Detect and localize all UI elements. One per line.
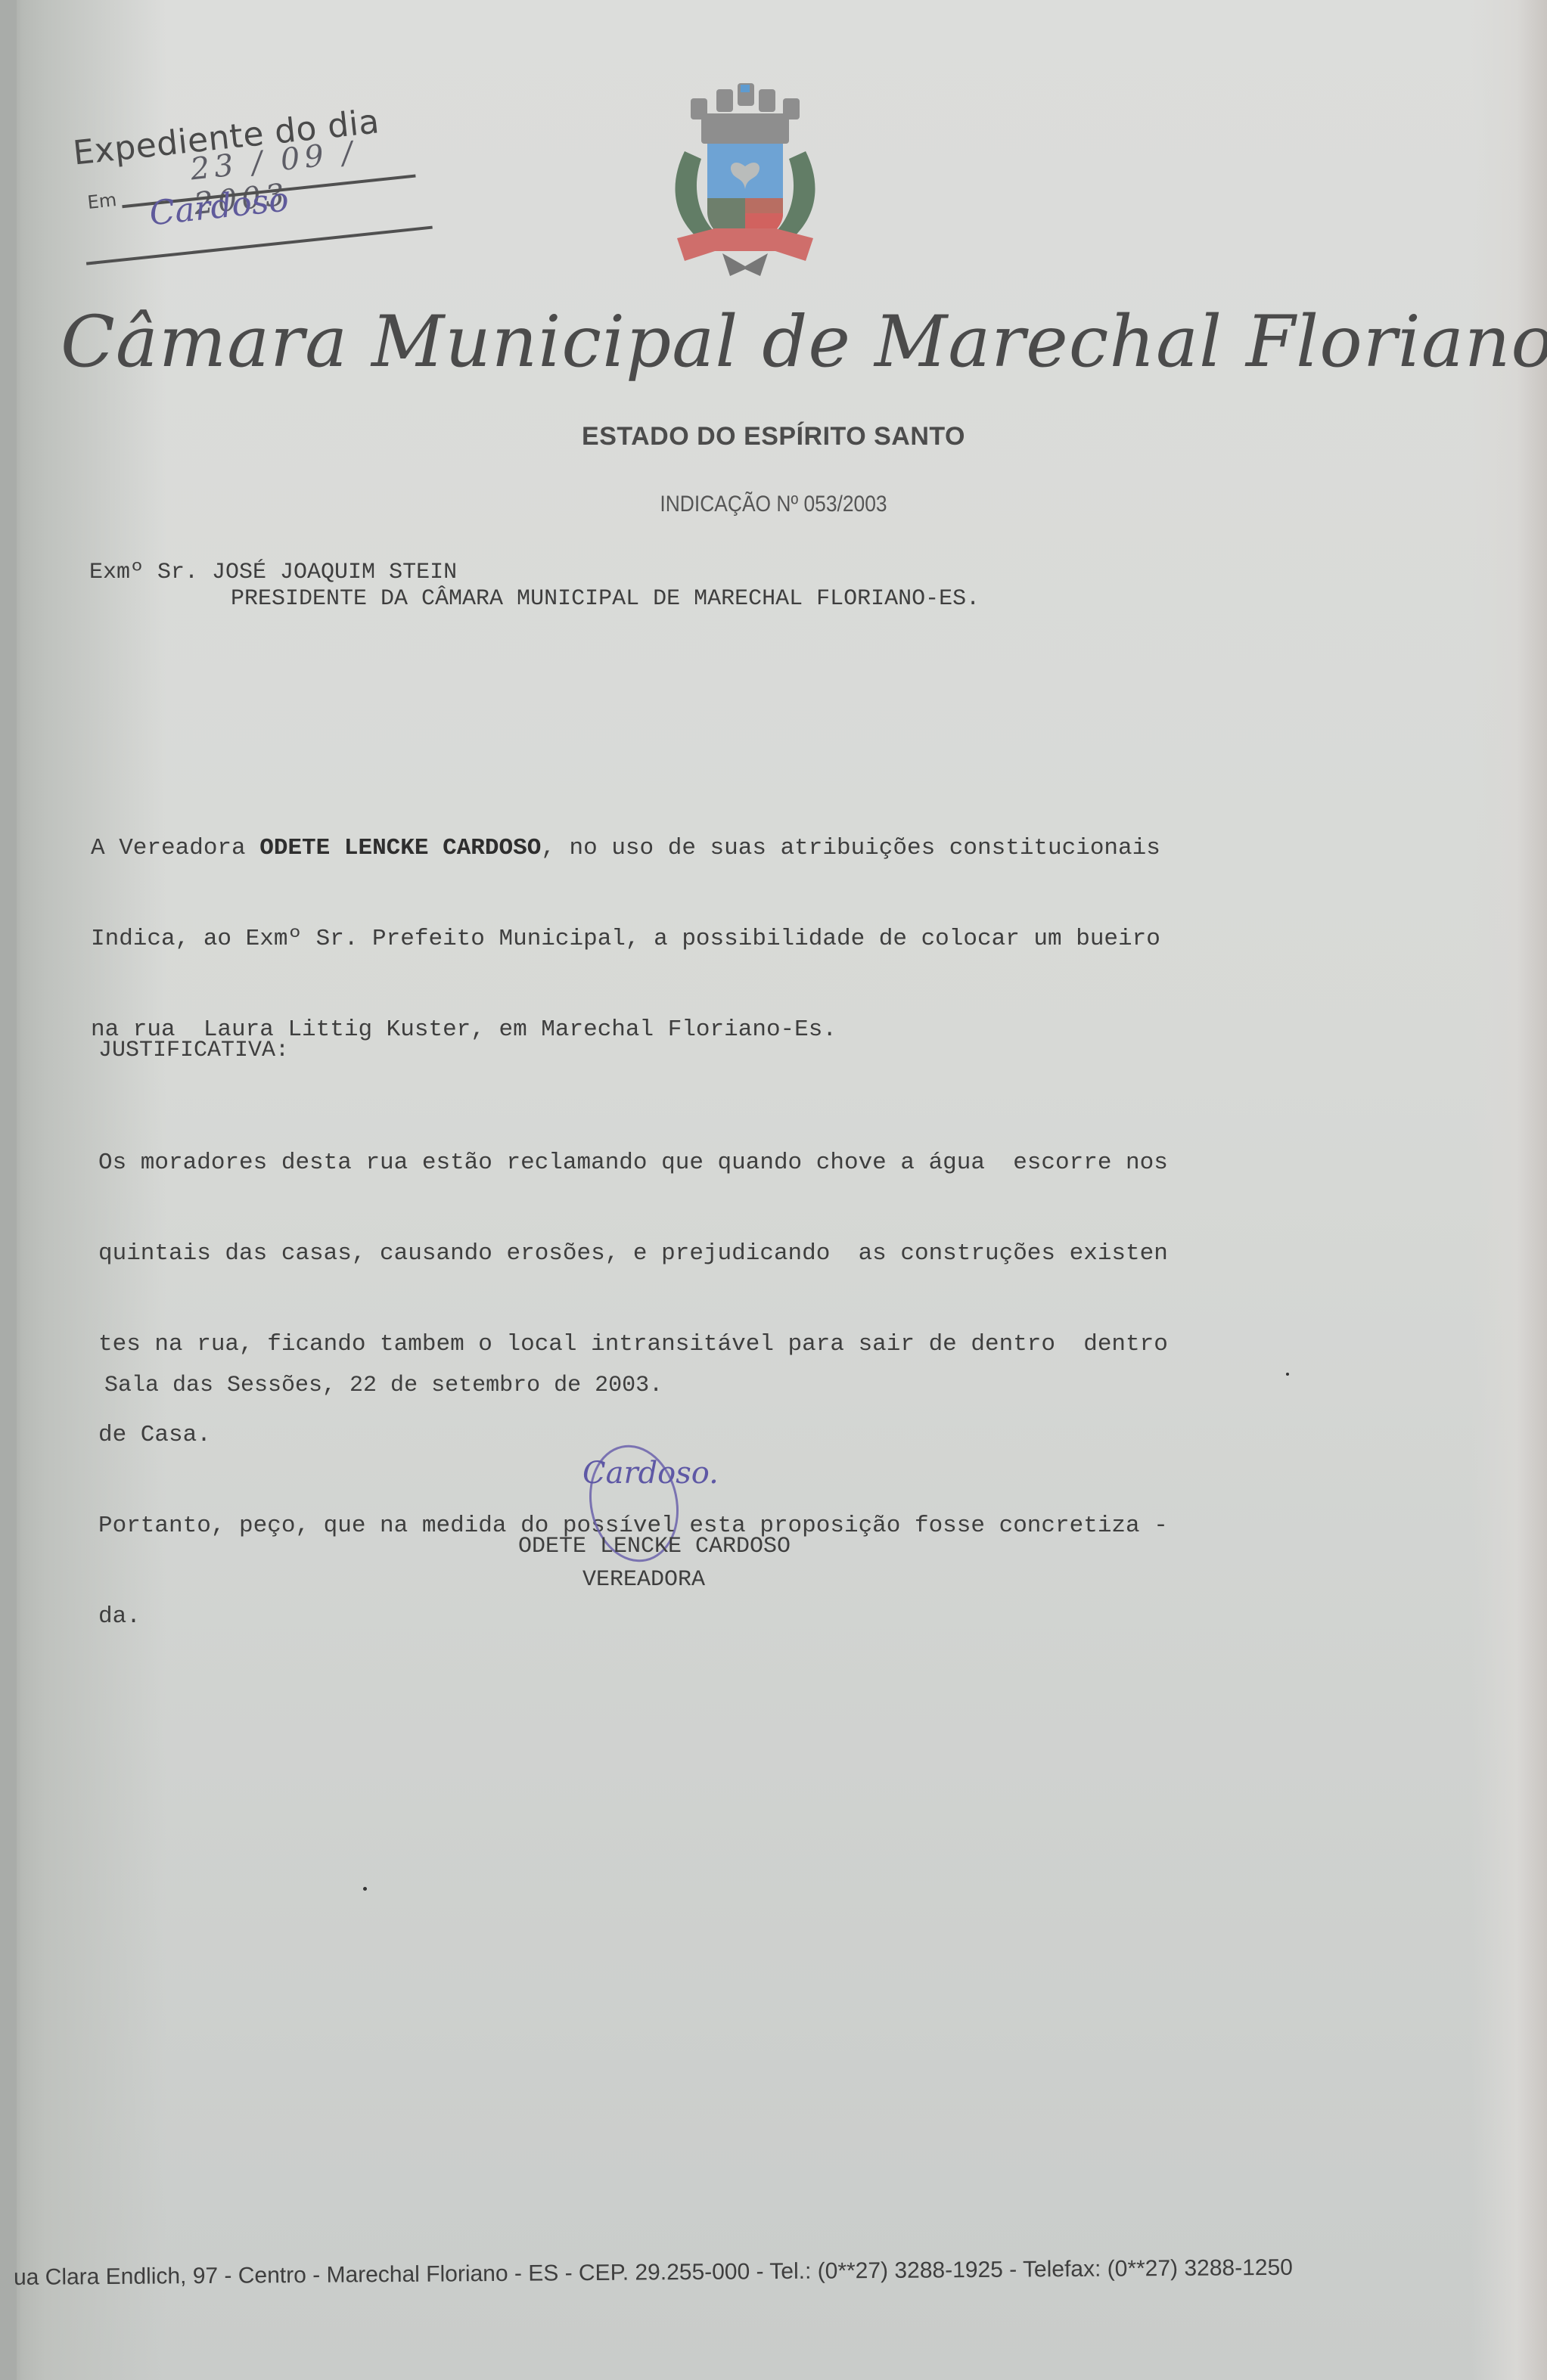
body-line-1-rest: , no uso de suas atribuições constitucio… bbox=[541, 835, 1160, 861]
place-and-date: Sala das Sessões, 22 de setembro de 2003… bbox=[104, 1373, 663, 1398]
stamp-signature: Cardoso bbox=[148, 180, 290, 233]
body-line-2: Indica, ao Exmº Sr. Prefeito Municipal, … bbox=[91, 924, 1160, 954]
paper-speck bbox=[363, 1887, 367, 1891]
justification-line: tes na rua, ficando tambem o local intra… bbox=[98, 1330, 1168, 1360]
handwritten-signature: Cardoso. bbox=[582, 1456, 719, 1491]
stamp-signature-line bbox=[86, 226, 433, 265]
paper-speck bbox=[1286, 1373, 1289, 1376]
coat-of-arms-icon bbox=[654, 61, 836, 280]
body-prefix: A Vereadora bbox=[91, 835, 259, 861]
signer-name: ODETE LENCKE CARDOSO bbox=[518, 1534, 791, 1559]
received-stamp: Expediente do dia Em 23 / 09 / 2003 Card… bbox=[53, 51, 453, 249]
addressee-title: PRESIDENTE DA CÂMARA MUNICIPAL DE MARECH… bbox=[231, 586, 980, 612]
footer-address: ua Clara Endlich, 97 - Centro - Marechal… bbox=[14, 2253, 1511, 2291]
organization-title: Câmara Municipal de Marechal Floriano bbox=[61, 301, 1362, 383]
document-page: Expediente do dia Em 23 / 09 / 2003 Card… bbox=[0, 0, 1547, 2380]
stamp-em-label: Em bbox=[86, 189, 117, 213]
justification-line: Os moradores desta rua estão reclamando … bbox=[98, 1148, 1168, 1178]
signer-role: VEREADORA bbox=[582, 1567, 705, 1593]
justification-line: quintais das casas, causando erosões, e … bbox=[98, 1239, 1168, 1269]
author-name: ODETE LENCKE CARDOSO bbox=[259, 835, 541, 861]
state-subtitle: ESTADO DO ESPÍRITO SANTO bbox=[0, 422, 1547, 451]
justification-heading: JUSTIFICATIVA: bbox=[98, 1038, 289, 1063]
document-number: INDICAÇÃO Nº 053/2003 bbox=[93, 492, 1455, 517]
body-line-1: A Vereadora ODETE LENCKE CARDOSO, no uso… bbox=[91, 833, 1160, 864]
addressee-name: Exmº Sr. JOSÉ JOAQUIM STEIN bbox=[89, 560, 457, 585]
justification-line: da. bbox=[98, 1602, 1168, 1632]
page-edge-shadow bbox=[0, 0, 17, 2380]
